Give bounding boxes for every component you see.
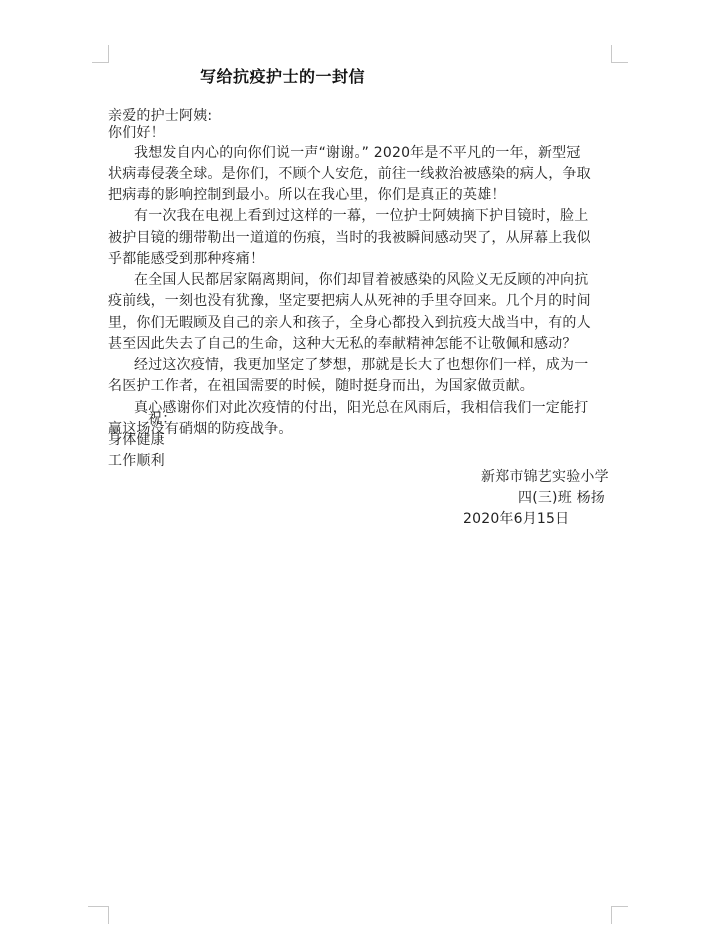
wish-line: 工作顺利 (108, 452, 165, 470)
corner-mark-bottom-left-v (108, 906, 109, 924)
salutation: 亲爱的护士阿姨: (108, 107, 212, 125)
greeting: 你们好！ (108, 124, 165, 142)
corner-mark-bottom-right-h-line (611, 906, 628, 907)
signature-school: 新郑市锦艺实验小学 (481, 468, 609, 486)
wish-line: 身体健康 (108, 431, 165, 449)
signature-date: 2020年6月15日 (463, 510, 569, 528)
paragraph-line: 被护目镜的绷带勒出一道道的伤痕，当时的我被瞬间感动哭了，从屏幕上我似 (108, 229, 591, 247)
paragraph-line: 疫前线，一刻也没有犹豫，坚定要把病人从死神的手里夺回来。几个月的时间 (108, 292, 591, 310)
paragraph-line: 甚至因此失去了自己的生命，这种大无私的奉献精神怎能不让敬佩和感动？ (108, 335, 577, 353)
paragraph-line: 把病毒的影响控制到最小。所以在我心里，你们是真正的英雄！ (108, 186, 506, 204)
corner-mark-bottom-right-v (611, 906, 612, 924)
paragraph-line: 状病毒侵袭全球。是你们，不顾个人安危，前往一线救治被感染的病人，争取 (108, 165, 591, 183)
paragraph-line: 真心感谢你们对此次疫情的付出，阳光总在风雨后，我相信我们一定能打 (134, 399, 588, 417)
corner-mark-bottom-left-h (88, 906, 109, 907)
corner-mark-top-left-h (92, 62, 109, 63)
paragraph-line: 乎都能感受到那种疼痛！ (108, 250, 264, 268)
paragraph-line: 名医护工作者，在祖国需要的时候，随时挺身而出，为国家做贡献。 (108, 377, 534, 395)
paragraph-line: 在全国人民都居家隔离期间，你们却冒着被感染的风险义无反顾的冲向抗 (134, 271, 588, 289)
corner-mark-top-right-v (611, 45, 612, 63)
paragraph-line: 经过这次疫情，我更加坚定了梦想，那就是长大了也想你们一样，成为一 (134, 356, 588, 374)
signature-class-name: 四(三)班 杨扬 (518, 489, 605, 507)
letter-title: 写给抗疫护士的一封信 (200, 64, 390, 87)
corner-mark-top-left-v (108, 45, 109, 63)
closing-text: 祝： (148, 410, 176, 428)
paragraph-line: 里，你们无暇顾及自己的亲人和孩子，全身心都投入到抗疫大战当中，有的人 (108, 314, 591, 332)
paragraph-line: 有一次我在电视上看到过这样的一幕，一位护士阿姨摘下护目镜时，脸上 (134, 207, 588, 225)
paragraph-line: 我想发自内心的向你们说一声“谢谢。” 2020年是不平凡的一年，新型冠 (134, 144, 581, 162)
corner-mark-top-right-h (611, 62, 628, 63)
